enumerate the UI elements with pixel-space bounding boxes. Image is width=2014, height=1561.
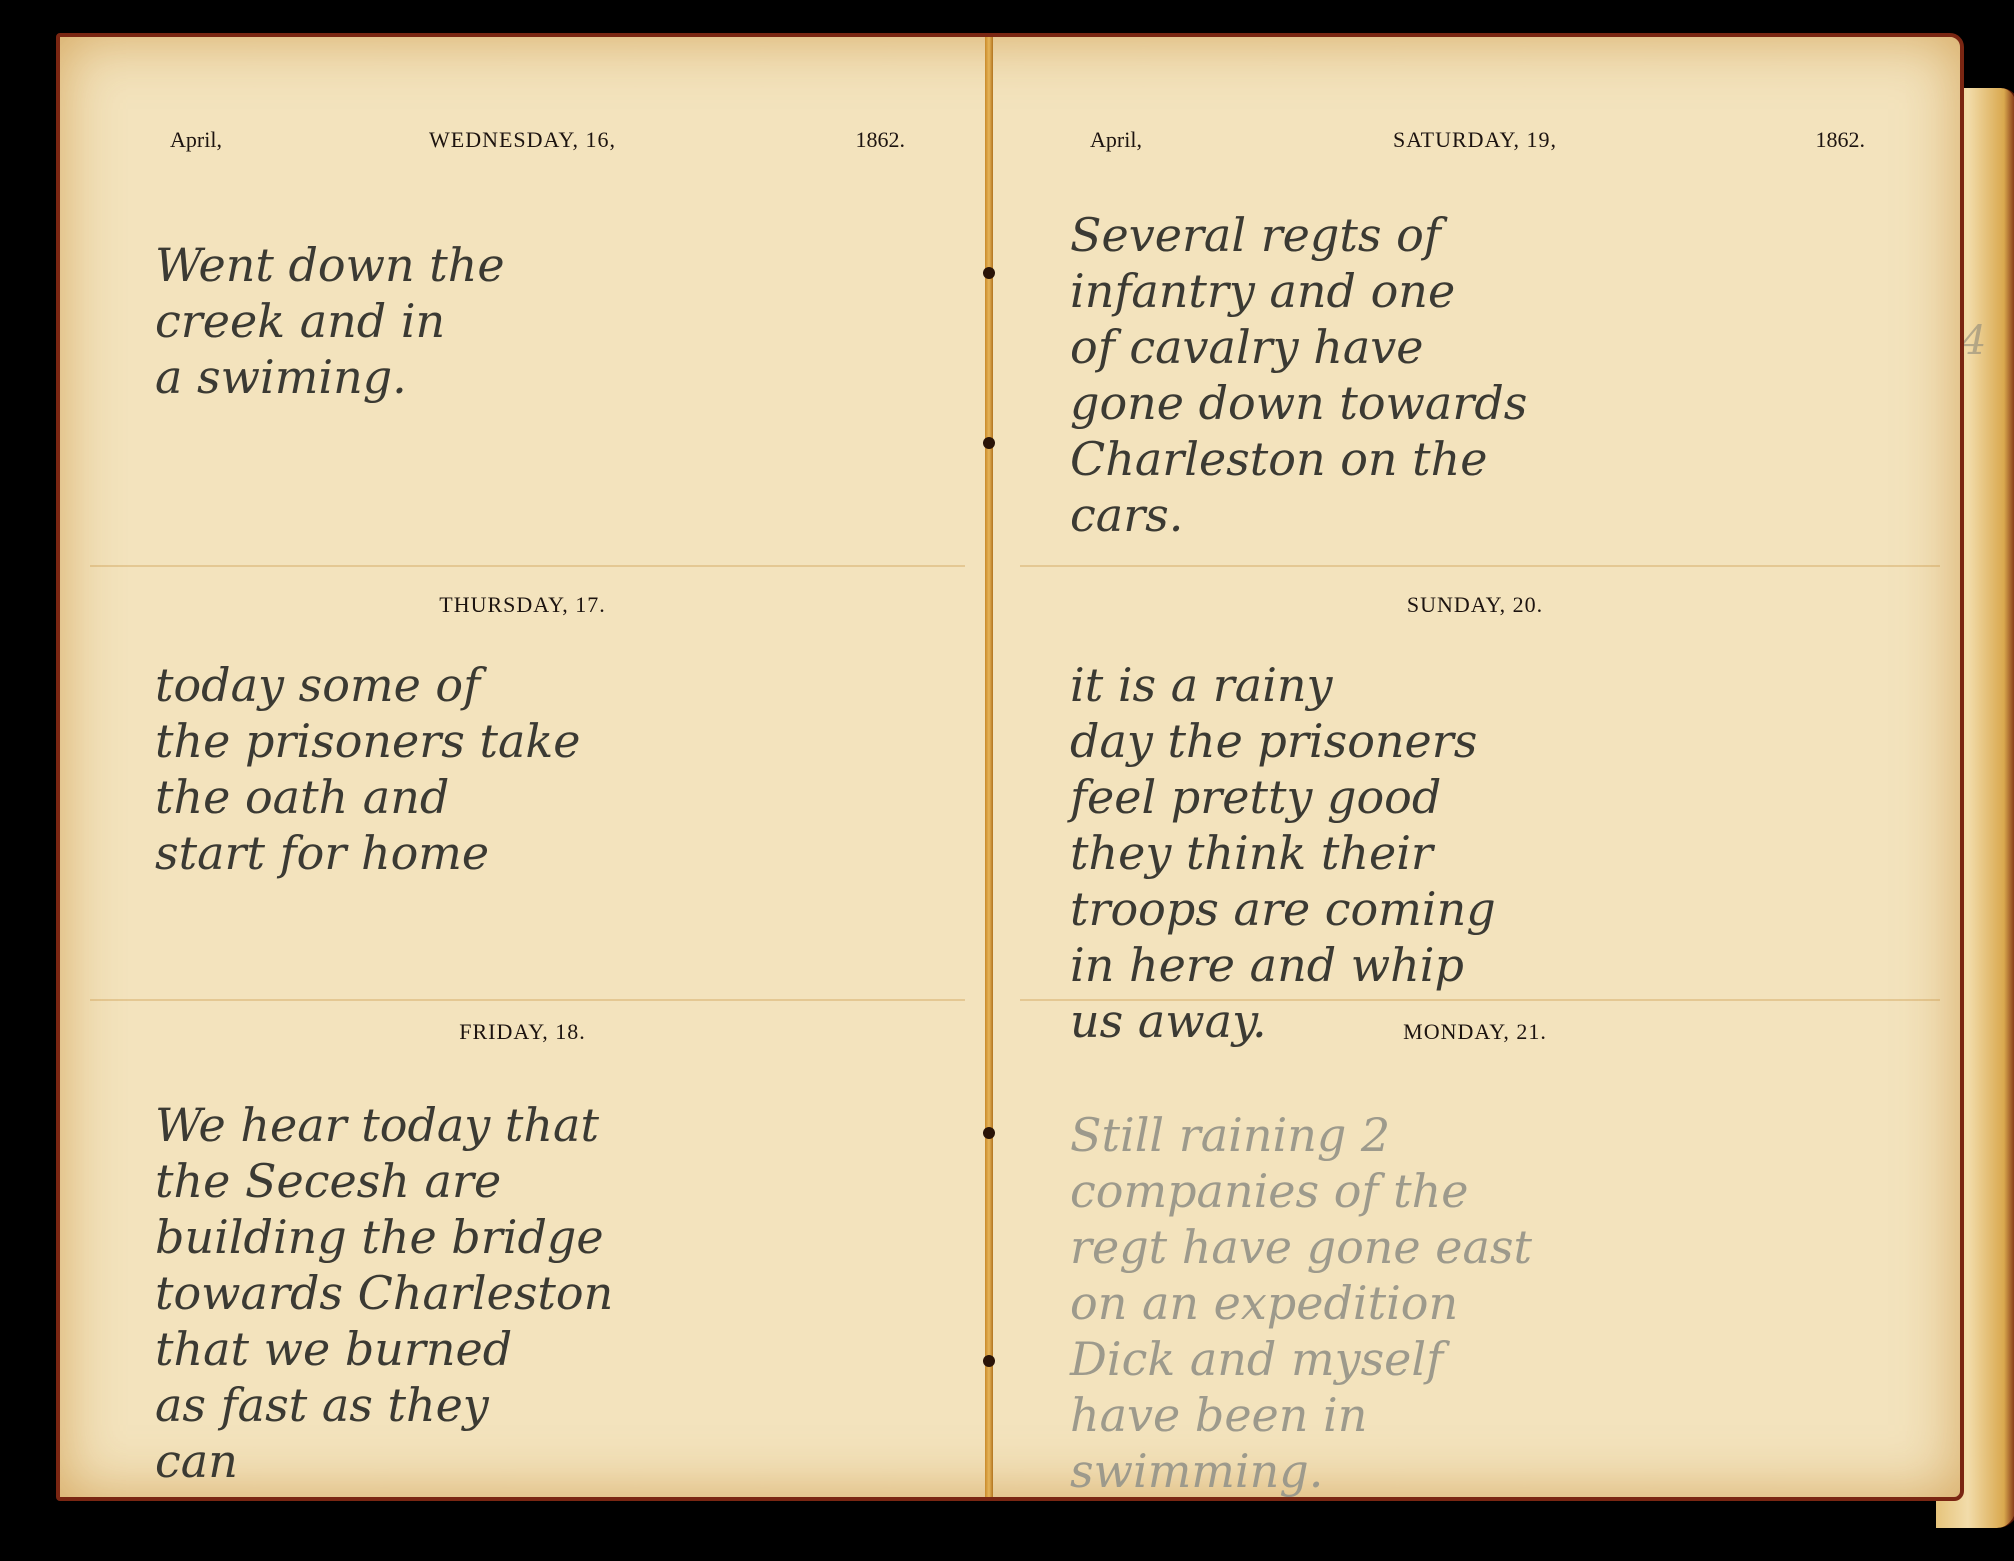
day-title-saturday: SATURDAY, 19,	[990, 127, 1960, 153]
header-year: 1862.	[1816, 127, 1866, 153]
left-page-header: April, WEDNESDAY, 16, 1862.	[60, 127, 985, 167]
entry-thursday-text: today some of the prisoners take the oat…	[155, 657, 925, 881]
entry-sunday-text: it is a rainy day the prisoners feel pre…	[1070, 657, 1900, 1049]
day-title-sunday: SUNDAY, 20.	[990, 592, 1960, 618]
day-title-monday: MONDAY, 21.	[990, 1019, 1960, 1045]
right-page: April, SATURDAY, 19, 1862. Several regts…	[990, 37, 1960, 1497]
entry-saturday-text: Several regts of infantry and one of cav…	[1070, 207, 1900, 543]
entry-monday-text: Still raining 2 companies of the regt ha…	[1070, 1107, 1900, 1499]
page-spread: April, WEDNESDAY, 16, 1862. Went down th…	[56, 33, 1964, 1501]
day-title-thursday: THURSDAY, 17.	[60, 592, 985, 618]
section-divider	[1020, 999, 1940, 1001]
left-page: April, WEDNESDAY, 16, 1862. Went down th…	[60, 37, 985, 1497]
right-page-header: April, SATURDAY, 19, 1862.	[990, 127, 1960, 167]
section-divider	[90, 999, 965, 1001]
day-title-wednesday: WEDNESDAY, 16,	[60, 127, 985, 153]
day-title-friday: FRIDAY, 18.	[60, 1019, 985, 1045]
diary-book: 4 April, WEDNESDAY, 16, 1862. Went down …	[56, 33, 1966, 1493]
header-year: 1862.	[856, 127, 906, 153]
entry-wednesday-text: Went down the creek and in a swiming.	[155, 237, 925, 405]
entry-friday-text: We hear today that the Secesh are buildi…	[155, 1097, 925, 1489]
margin-pencil-mark: 4	[1961, 318, 1986, 364]
section-divider	[1020, 565, 1940, 567]
section-divider	[90, 565, 965, 567]
